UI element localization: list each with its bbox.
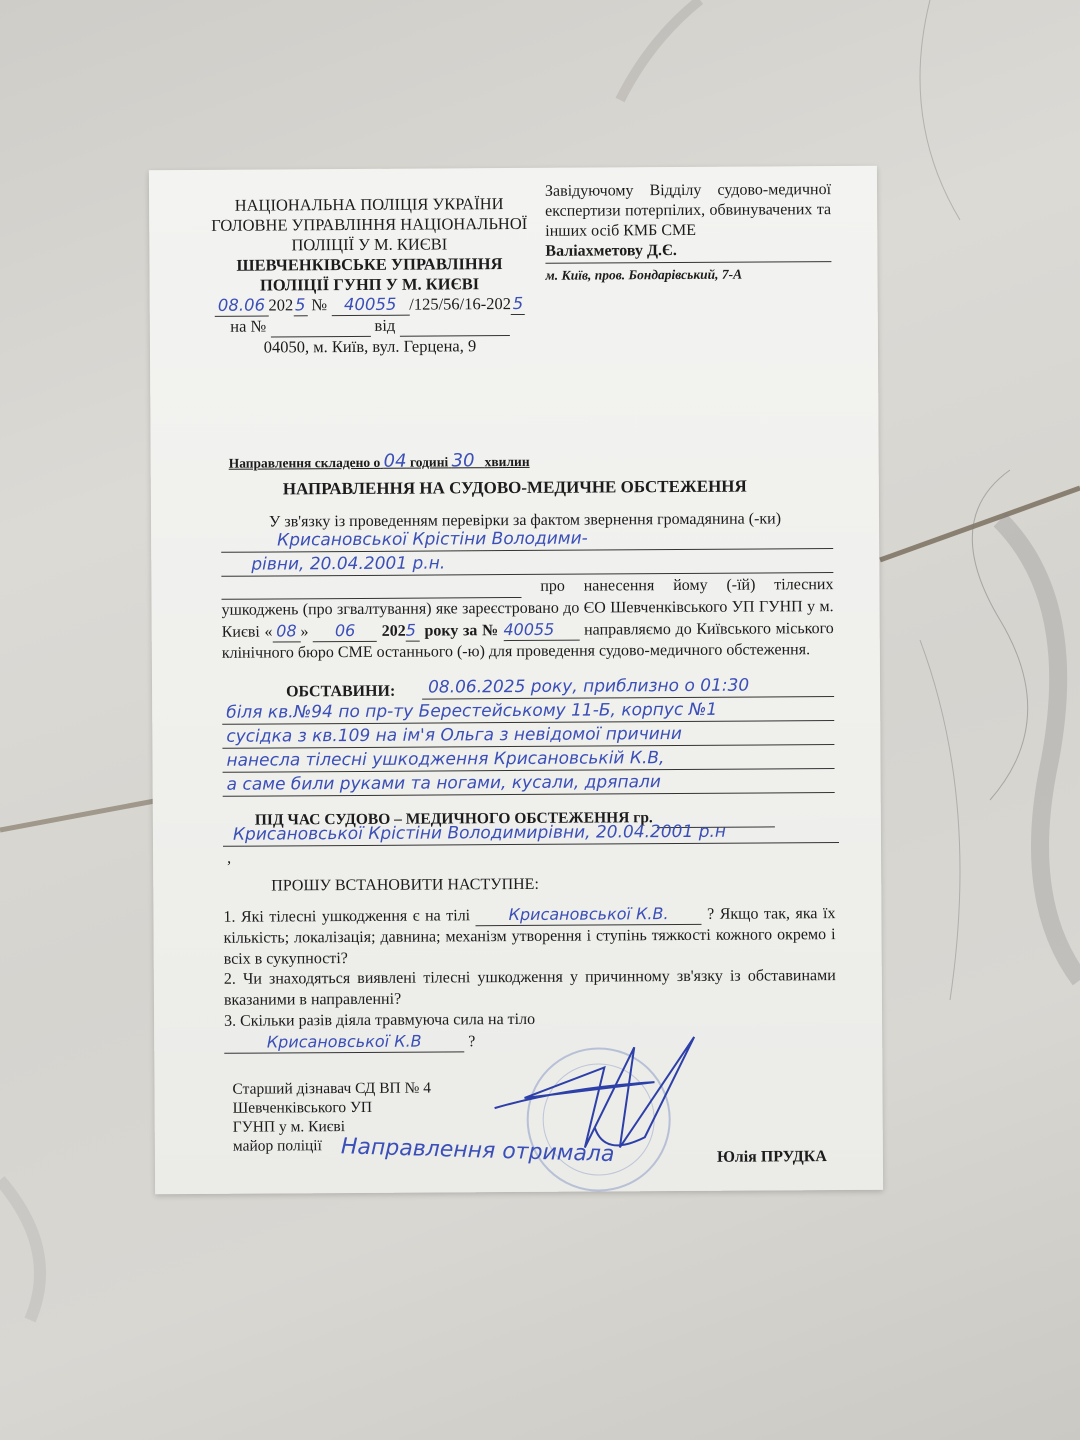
exam-comma: , xyxy=(227,850,231,868)
ref-number-blank xyxy=(270,316,370,338)
issuer-line-5: ПОЛІЦІЇ ГУНП У М. КИЄВІ xyxy=(190,274,550,296)
question-1: 1. Які тілесні ушкодження є на тілі Крис… xyxy=(223,902,835,970)
minutes-label: хвилин xyxy=(485,454,530,469)
reg-day: 08 xyxy=(272,620,300,642)
reg-year-label: року за № xyxy=(424,622,498,639)
document-title: НАПРАВЛЕННЯ НА СУДОВО-МЕДИЧНЕ ОБСТЕЖЕННЯ xyxy=(151,476,879,500)
recipient-block: Завідуючому Відділу судово-медичної експ… xyxy=(545,180,832,286)
year-prefix: 202 xyxy=(268,295,293,314)
number-label: № xyxy=(311,295,327,314)
signatory-name: Юлія ПРУДКА xyxy=(717,1148,827,1167)
q3-name: Крисановської К.В xyxy=(224,1030,464,1053)
intro-paragraph: про нанесення йому (-їй) тілесних ушкодж… xyxy=(221,574,834,664)
issuer-line-2: ГОЛОВНЕ УПРАВЛІННЯ НАЦІОНАЛЬНОЇ xyxy=(189,214,549,236)
q3-prefix: 3. Скільки разів діяла травмуюча сила на… xyxy=(224,1011,535,1030)
recipient-title: Завідуючому Відділу судово-медичної експ… xyxy=(545,180,831,242)
q1-name: Крисановської К.В. xyxy=(476,903,702,926)
time-prefix: Направлення складено о xyxy=(229,455,381,471)
ref-date-blank xyxy=(399,315,509,337)
issuer-address: 04050, м. Київ, вул. Герцена, 9 xyxy=(190,336,550,358)
circumstances-line-4: нанесла тілесні ушкодження Крисановській… xyxy=(222,746,834,773)
signatory-department: ГУНП у м. Києві xyxy=(233,1116,493,1137)
signatory-title: Старший дізнавач СД ВП № 4 xyxy=(232,1078,492,1099)
reg-month: 06 xyxy=(313,620,377,642)
circumstances-line-3: сусідка з кв.109 на ім'я Ольга з невідом… xyxy=(222,722,834,749)
circumstances-line-5: а саме били руками та ногами, кусали, др… xyxy=(223,770,835,797)
circumstances-hand-5: а саме били руками та ногами, кусали, др… xyxy=(227,772,661,795)
from-label: від xyxy=(374,316,395,335)
circumstances-hand-4: нанесла тілесні ушкодження Крисановській… xyxy=(226,748,664,771)
exam-name-line: Крисановської Крістіни Володимирівни, 20… xyxy=(223,820,839,847)
recipient-address: м. Київ, пров. Бондарівський, 7-А xyxy=(545,264,831,286)
request-heading: ПРОШУ ВСТАНОВИТИ НАСТУПНЕ: xyxy=(271,876,539,896)
circumstances-label: ОБСТАВИНИ: xyxy=(286,683,395,702)
reg-year-digit: 5 xyxy=(406,620,420,642)
reference-line: на № від xyxy=(190,315,550,338)
ref-label: на № xyxy=(230,317,266,336)
patient-name-hand-2: рівни, 20.04.2001 р.н. xyxy=(251,553,445,574)
q3-suffix: ? xyxy=(468,1033,475,1050)
circumstances-hand-1: 08.06.2025 року, приблизно о 01:30 xyxy=(428,676,749,698)
issuer-line-1: НАЦІОНАЛЬНА ПОЛІЦІЯ УКРАЇНИ xyxy=(189,194,549,216)
issuer-line-3: ПОЛІЦІЇ У М. КИЄВІ xyxy=(189,234,549,256)
question-2: 2. Чи знаходяться виявлені тілесні ушкод… xyxy=(224,965,836,1011)
patient-name-hand-1: Крисановської Крістіни Володими- xyxy=(277,529,588,551)
circumstances-hand-3: сусідка з кв.109 на ім'я Ольга з невідом… xyxy=(226,724,682,747)
suffix-year-digit: 5 xyxy=(511,294,525,315)
patient-name-line-2: рівни, 20.04.2001 р.н. xyxy=(221,550,833,577)
reg-year-prefix: 202 xyxy=(382,623,406,640)
hours-label: годині xyxy=(410,454,448,469)
time-hours: 04 xyxy=(384,451,407,472)
exam-name-hand: Крисановської Крістіни Володимирівни, 20… xyxy=(233,822,726,845)
circumstances-line-1: 08.06.2025 року, приблизно о 01:30 xyxy=(422,674,834,700)
q1-prefix: 1. Які тілесні ушкодження є на тілі xyxy=(223,907,470,926)
outgoing-number: 40055 xyxy=(331,295,409,316)
recipient-name: Валіахметову Д.Є. xyxy=(545,240,831,264)
outgoing-date: 08.06 xyxy=(214,296,268,317)
number-suffix: /125/56/16-202 xyxy=(409,294,511,314)
circumstances-hand-2: біля кв.№94 по пр-ту Берестейському 11-Б… xyxy=(226,700,717,723)
time-line: Направлення складено о 04 годині 30 хвил… xyxy=(229,450,530,473)
year-digit: 5 xyxy=(293,295,307,316)
circumstances-line-2: біля кв.№94 по пр-ту Берестейському 11-Б… xyxy=(222,698,834,725)
issuer-block: НАЦІОНАЛЬНА ПОЛІЦІЯ УКРАЇНИ ГОЛОВНЕ УПРА… xyxy=(189,194,550,358)
time-minutes: 30 xyxy=(452,450,475,471)
referral-document: НАЦІОНАЛЬНА ПОЛІЦІЯ УКРАЇНИ ГОЛОВНЕ УПРА… xyxy=(149,166,883,1194)
outgoing-number-line: 08.062025 № 40055/125/56/16-2025 xyxy=(190,294,550,317)
signatory-unit: Шевченківського УП xyxy=(233,1097,493,1118)
issuer-line-4: ШЕВЧЕНКІВСЬКЕ УПРАВЛІННЯ xyxy=(189,254,549,276)
patient-name-line-1: Крисановської Крістіни Володими- xyxy=(221,526,833,553)
reg-number: 40055 xyxy=(503,619,579,641)
